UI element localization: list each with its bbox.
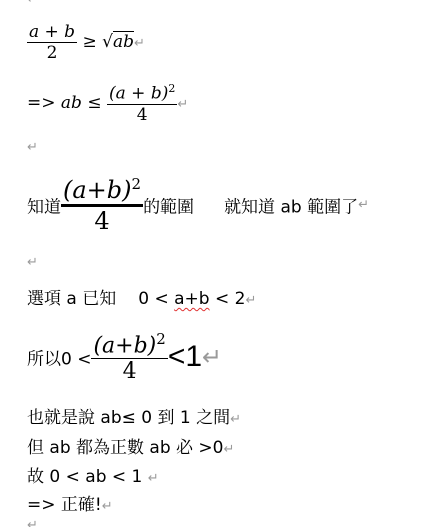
radicand: ab bbox=[113, 31, 134, 52]
denominator: 2 bbox=[47, 43, 58, 63]
text: 的範圍 bbox=[143, 198, 194, 218]
paragraph-mark: ↵ bbox=[27, 0, 38, 7]
relation: ≤ bbox=[87, 93, 101, 113]
text: 就知道 ab 範圍了 bbox=[224, 198, 358, 218]
paragraph-mark: ↵ bbox=[245, 293, 256, 308]
paragraph-mark: ↵ bbox=[27, 255, 38, 270]
paragraph-mark: ↵ bbox=[202, 343, 222, 371]
sqrt-symbol: √ bbox=[102, 32, 113, 52]
fraction: (a+b)2 4 bbox=[61, 175, 143, 235]
paragraph-range-statement: 也就是說 ab≤ 0 到 1 之間↵ bbox=[27, 403, 241, 428]
paragraph-mark: ↵ bbox=[177, 97, 188, 112]
text: 知道 bbox=[27, 198, 61, 218]
fraction: (a+b)2 4 bbox=[91, 330, 167, 384]
numerator: a + b bbox=[27, 22, 77, 42]
spellcheck-underline[interactable]: a+b bbox=[174, 289, 209, 309]
paragraph-range: 知道 (a+b)2 4 的範圍就知道 ab 範圍了↵ bbox=[27, 175, 369, 235]
paragraph-option-a: 選項 a 已知0 < a+b < 2↵ bbox=[27, 284, 256, 309]
paragraph-so: 所以0 < (a+b)2 4 <1↵ bbox=[27, 330, 222, 384]
equation-ab-bound: => ab ≤ (a + b)2 4 ↵ bbox=[27, 82, 188, 125]
lhs: ab bbox=[61, 93, 82, 113]
denominator: 4 bbox=[137, 105, 148, 125]
numerator: (a + b)2 bbox=[107, 82, 177, 104]
paragraph-mark: ↵ bbox=[134, 36, 145, 51]
relation: ≥ bbox=[82, 32, 96, 52]
paragraph-mark: ↵ bbox=[27, 140, 38, 155]
paragraph-mark: ↵ bbox=[27, 518, 38, 527]
paragraph-positive: 但 ab 都為正數 ab 必 >0↵ bbox=[27, 433, 234, 458]
paragraph-conclusion: 故 0 < ab < 1 ↵ bbox=[27, 462, 159, 487]
paragraph-mark: ↵ bbox=[358, 198, 369, 213]
implies: => bbox=[27, 93, 61, 113]
fraction: (a + b)2 4 bbox=[107, 82, 177, 125]
equation-am-gm: a + b 2 ≥ √ab↵ bbox=[27, 22, 145, 63]
fraction: a + b 2 bbox=[27, 22, 77, 63]
paragraph-correct: => 正確!↵ bbox=[27, 490, 113, 515]
